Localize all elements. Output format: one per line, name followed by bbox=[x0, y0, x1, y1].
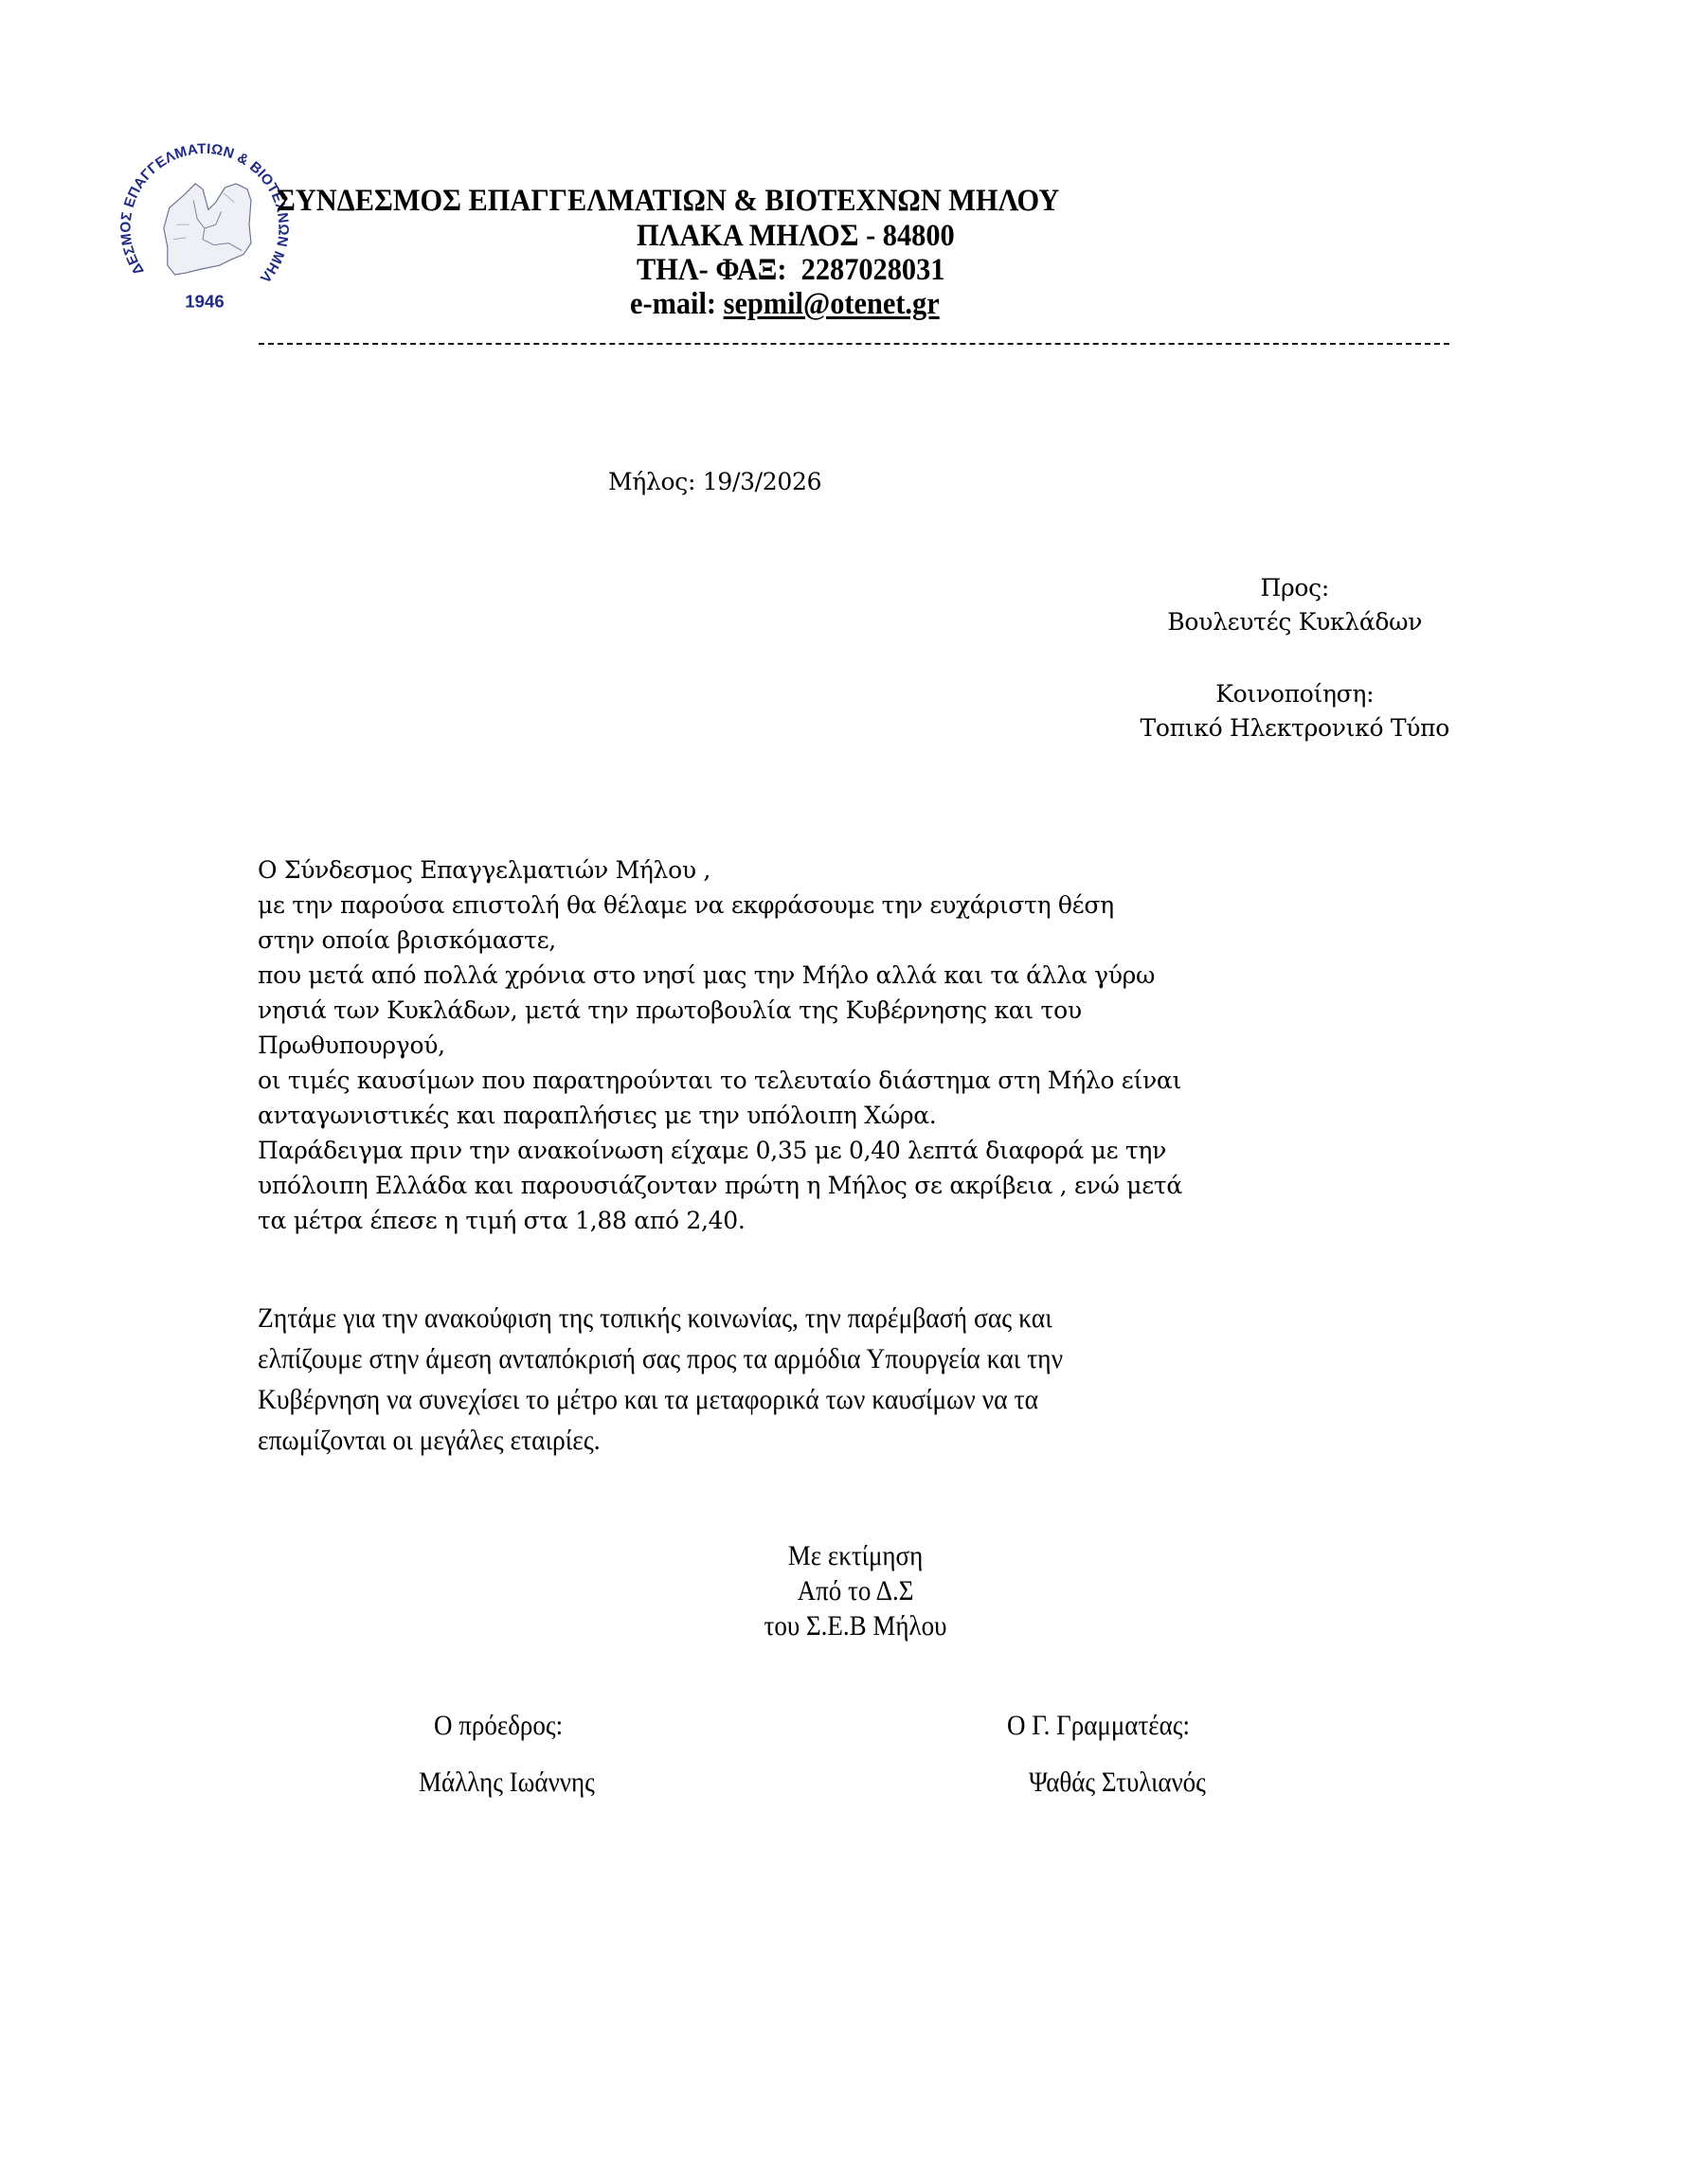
paragraph-line: ανταγωνιστικές και παραπλήσιες με την υπ… bbox=[258, 1098, 1182, 1133]
logo-emblem-icon: ΣΥΝΔΕΣΜΟΣ ΕΠΑΓΓΕΛΜΑΤΙΩΝ & ΒΙΟΤΕΧΝΩΝ ΜΗΛΟ… bbox=[112, 135, 297, 321]
paragraph-line: νησιά των Κυκλάδων, μετά την πρωτοβουλία… bbox=[258, 993, 1182, 1028]
paragraph-line: Πρωθυπουργού, bbox=[258, 1028, 1182, 1063]
paragraph-line: στην οποία βρισκόμαστε, bbox=[258, 923, 1182, 958]
paragraph-line: οι τιμές καυσίμων που παρατηρούνται το τ… bbox=[258, 1063, 1182, 1098]
to-recipient: Βουλευτές Κυκλάδων bbox=[1141, 605, 1449, 639]
phone-number: 2287028031 bbox=[801, 253, 945, 287]
date-line: Μήλος: 19/3/2026 bbox=[608, 468, 821, 495]
paragraph-line: ελπίζουμε στην άμεση ανταπόκρισή σας προ… bbox=[258, 1338, 1063, 1379]
letterhead-email: e-mail: sepmil@otenet.gr bbox=[630, 287, 940, 322]
secretary-name: Ψαθάς Στυλιανός bbox=[1029, 1767, 1206, 1799]
body-paragraph-2: Ζητάμε για την ανακούφιση της τοπικής κο… bbox=[258, 1298, 1133, 1461]
letterhead-address: ΠΛΑΚΑ ΜΗΛΟΣ - 84800 bbox=[637, 219, 955, 254]
secretary-label: Ο Γ. Γραμματέας: bbox=[1007, 1710, 1190, 1742]
paragraph-line: τα μέτρα έπεσε η τιμή στα 1,88 από 2,40. bbox=[258, 1203, 1182, 1238]
paragraph-line: Ζητάμε για την ανακούφιση της τοπικής κο… bbox=[258, 1298, 1063, 1338]
paragraph-line: υπόλοιπη Ελλάδα και παρουσιάζονταν πρώτη… bbox=[258, 1168, 1182, 1203]
paragraph-line: που μετά από πολλά χρόνια στο νησί μας τ… bbox=[258, 958, 1182, 993]
island-map-icon bbox=[164, 184, 251, 275]
email-label: e-mail: bbox=[630, 287, 716, 321]
phone-label: ΤΗΛ- ΦΑΞ: bbox=[637, 253, 786, 287]
president-label: Ο πρόεδρος: bbox=[434, 1710, 563, 1742]
body-paragraph-1: Ο Σύνδεσμος Επαγγελματιών Μήλου ,με την … bbox=[258, 852, 1182, 1238]
cc-recipient: Τοπικό Ηλεκτρονικό Τύπο bbox=[1141, 711, 1449, 745]
recipients-block: Προς: Βουλευτές Κυκλάδων Κοινοποίηση: Το… bbox=[1141, 571, 1449, 745]
letterhead-divider bbox=[259, 343, 1449, 345]
letterhead-phone: ΤΗΛ- ΦΑΞ: 2287028031 bbox=[637, 253, 944, 288]
svg-text:1946: 1946 bbox=[185, 291, 224, 311]
to-label: Προς: bbox=[1141, 571, 1449, 605]
organization-logo: ΣΥΝΔΕΣΜΟΣ ΕΠΑΓΓΕΛΜΑΤΙΩΝ & ΒΙΟΤΕΧΝΩΝ ΜΗΛΟ… bbox=[112, 135, 297, 321]
paragraph-line: Παράδειγμα πριν την ανακοίνωση είχαμε 0,… bbox=[258, 1133, 1182, 1168]
paragraph-line: Ο Σύνδεσμος Επαγγελματιών Μήλου , bbox=[258, 852, 1182, 888]
cc-label: Κοινοποίηση: bbox=[1141, 677, 1449, 711]
paragraph-line: επωμίζονται οι μεγάλες εταιρίες. bbox=[258, 1420, 1063, 1461]
closing-line: Από το Δ.Σ bbox=[685, 1573, 1026, 1608]
paragraph-line: με την παρούσα επιστολή θα θέλαμε να εκφ… bbox=[258, 888, 1182, 923]
email-link[interactable]: sepmil@otenet.gr bbox=[724, 287, 940, 321]
president-name: Μάλλης Ιωάννης bbox=[419, 1767, 595, 1799]
paragraph-line: Κυβέρνηση να συνεχίσει το μέτρο και τα μ… bbox=[258, 1379, 1063, 1420]
letterhead-organization: ΣΥΝΔΕΣΜΟΣ ΕΠΑΓΓΕΛΜΑΤΙΩΝ & ΒΙΟΤΕΧΝΩΝ ΜΗΛΟ… bbox=[277, 184, 1059, 219]
closing-line: του Σ.Ε.Β Μήλου bbox=[685, 1608, 1026, 1643]
closing-block: Με εκτίμησηΑπό το Δ.Στου Σ.Ε.Β Μήλου bbox=[666, 1538, 1045, 1643]
closing-line: Με εκτίμηση bbox=[685, 1538, 1026, 1573]
